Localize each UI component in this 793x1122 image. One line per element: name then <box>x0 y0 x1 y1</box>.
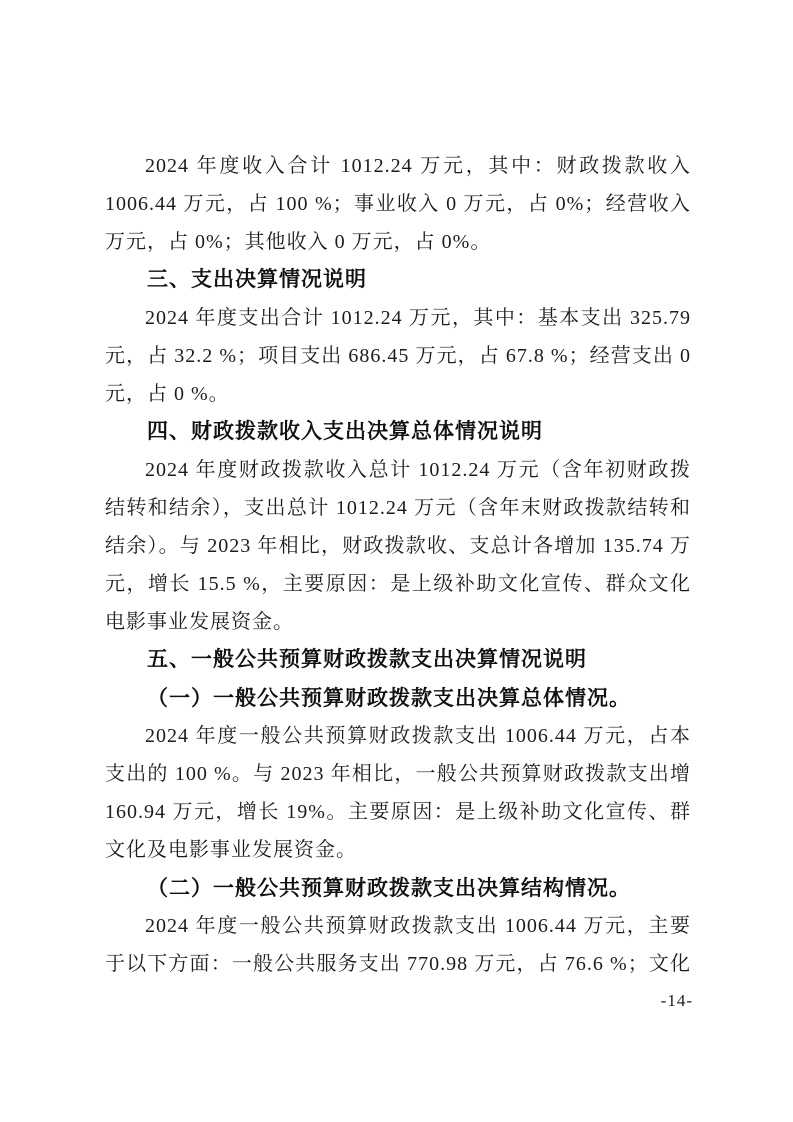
section-heading-fiscal-appropriation: 四、财政拨款收入支出决算总体情况说明 <box>105 413 691 451</box>
structure-paragraph-line: 2024 年度一般公共预算财政拨款支出 1006.44 万元，主要用 <box>105 907 691 945</box>
income-paragraph-line: 2024 年度收入合计 1012.24 万元，其中：财政拨款收入 <box>105 147 691 185</box>
fiscal-paragraph-line: 电影事业发展资金。 <box>105 603 691 641</box>
document-page: 2024 年度收入合计 1012.24 万元，其中：财政拨款收入 1006.44… <box>0 0 793 1122</box>
structure-paragraph-line: 于以下方面：一般公共服务支出 770.98 万元，占 76.6 %；文化旅 <box>105 945 691 983</box>
general-budget-paragraph-line: 文化及电影事业发展资金。 <box>105 831 691 869</box>
fiscal-paragraph-line: 结余）。与 2023 年相比，财政拨款收、支总计各增加 135.74 万 <box>105 527 691 565</box>
fiscal-paragraph-line: 2024 年度财政拨款收入总计 1012.24 万元（含年初财政拨款 <box>105 451 691 489</box>
expense-paragraph-line: 2024 年度支出合计 1012.24 万元，其中：基本支出 325.79 万 <box>105 299 691 337</box>
general-budget-paragraph-line: 2024 年度一般公共预算财政拨款支出 1006.44 万元，占本年 <box>105 717 691 755</box>
expense-paragraph-line: 元，占 0 %。 <box>105 375 691 413</box>
general-budget-paragraph-line: 支出的 100 %。与 2023 年相比，一般公共预算财政拨款支出增加 <box>105 755 691 793</box>
fiscal-paragraph-line: 结转和结余），支出总计 1012.24 万元（含年末财政拨款结转和 <box>105 489 691 527</box>
fiscal-paragraph-line: 元，增长 15.5 %，主要原因：是上级补助文化宣传、群众文化及 <box>105 565 691 603</box>
income-paragraph-line: 1006.44 万元，占 100 %；事业收入 0 万元，占 0%；经营收入 0 <box>105 185 691 223</box>
subsection-heading-overall: （一）一般公共预算财政拨款支出决算总体情况。 <box>105 679 691 717</box>
section-heading-general-public-budget: 五、一般公共预算财政拨款支出决算情况说明 <box>105 641 691 679</box>
general-budget-paragraph-line: 160.94 万元，增长 19%。主要原因：是上级补助文化宣传、群众 <box>105 793 691 831</box>
section-heading-expense: 三、支出决算情况说明 <box>105 261 691 299</box>
document-body: 2024 年度收入合计 1012.24 万元，其中：财政拨款收入 1006.44… <box>105 147 691 983</box>
page-number: -14- <box>661 990 693 1012</box>
subsection-heading-structure: （二）一般公共预算财政拨款支出决算结构情况。 <box>105 869 691 907</box>
expense-paragraph-line: 元，占 32.2 %；项目支出 686.45 万元，占 67.8 %；经营支出 … <box>105 337 691 375</box>
income-paragraph-line: 万元，占 0%；其他收入 0 万元，占 0%。 <box>105 223 691 261</box>
